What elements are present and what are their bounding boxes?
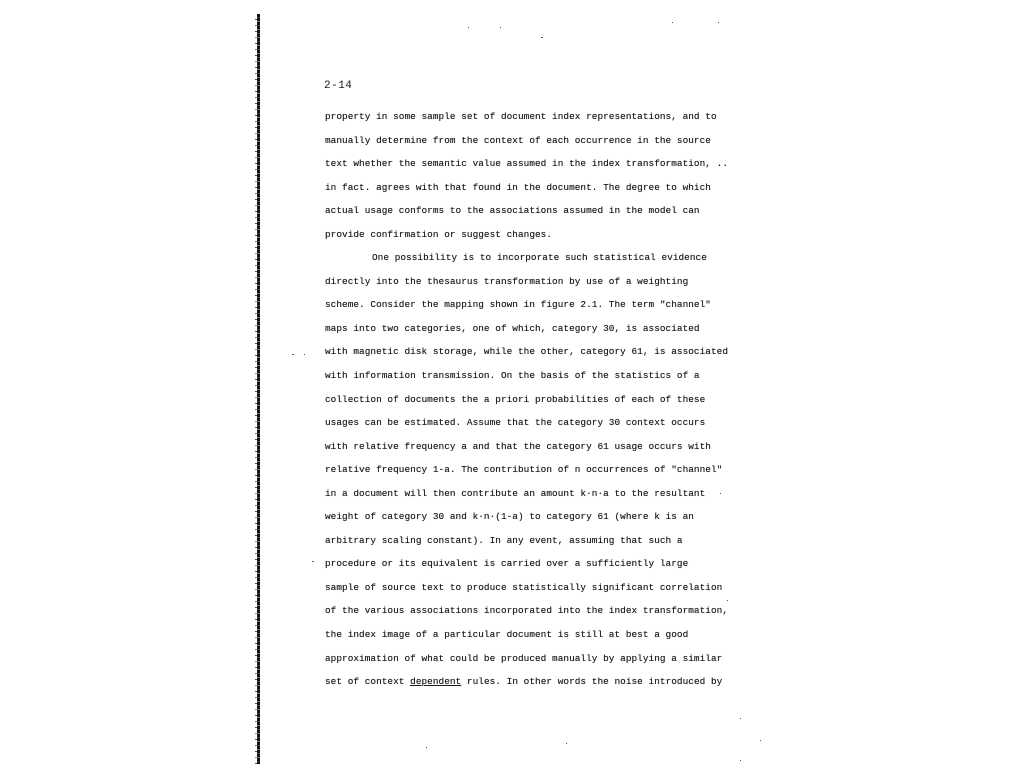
scan-speck (740, 718, 741, 719)
text-line: usages can be estimated. Assume that the… (325, 416, 725, 440)
scan-speck (312, 561, 314, 562)
scan-speck (720, 493, 721, 494)
text-line: actual usage conforms to the association… (325, 204, 725, 228)
text-line: sample of source text to produce statist… (325, 581, 725, 605)
text-line: manually determine from the context of e… (325, 134, 725, 158)
scan-speck (740, 760, 741, 761)
text-segment: set of context (325, 676, 410, 687)
binding-edge-shadow (257, 14, 260, 764)
scan-speck (304, 354, 305, 355)
scan-speck (500, 27, 501, 28)
text-line: directly into the thesaurus transformati… (325, 275, 725, 299)
text-line: with information transmission. On the ba… (325, 369, 725, 393)
text-line: weight of category 30 and k·n·(1-a) to c… (325, 510, 725, 534)
text-line: scheme. Consider the mapping shown in fi… (325, 298, 725, 322)
text-line: maps into two categories, one of which, … (325, 322, 725, 346)
scan-speck (760, 740, 761, 741)
scan-speck (672, 22, 673, 23)
scan-speck (292, 354, 294, 355)
scan-speck (541, 37, 543, 38)
text-line: One possibility is to incorporate such s… (325, 251, 725, 275)
text-line: collection of documents the a priori pro… (325, 393, 725, 417)
text-line: property in some sample set of document … (325, 110, 725, 134)
scan-speck (468, 27, 469, 28)
underlined-word: dependent (410, 676, 461, 687)
scan-speck (566, 743, 567, 744)
page-number: 2-14 (324, 80, 352, 92)
text-line: in fact. agrees with that found in the d… (325, 181, 725, 205)
text-line: with relative frequency a and that the c… (325, 440, 725, 464)
text-line: in a document will then contribute an am… (325, 487, 725, 511)
text-line: relative frequency 1-a. The contribution… (325, 463, 725, 487)
body-text: property in some sample set of document … (325, 110, 725, 699)
text-line: arbitrary scaling constant). In any even… (325, 534, 725, 558)
scan-speck (426, 747, 427, 748)
scanned-document-page: 2-14 property in some sample set of docu… (0, 0, 1024, 768)
text-segment: rules. In other words the noise introduc… (461, 676, 722, 687)
text-line: approximation of what could be produced … (325, 652, 725, 676)
text-line: set of context dependent rules. In other… (325, 675, 725, 699)
text-line: with magnetic disk storage, while the ot… (325, 345, 725, 369)
scan-speck (718, 22, 719, 23)
text-line: provide confirmation or suggest changes. (325, 228, 725, 252)
text-line: procedure or its equivalent is carried o… (325, 557, 725, 581)
text-line: of the various associations incorporated… (325, 604, 725, 628)
text-line: the index image of a particular document… (325, 628, 725, 652)
text-line: text whether the semantic value assumed … (325, 157, 725, 181)
scan-speck (727, 600, 728, 601)
